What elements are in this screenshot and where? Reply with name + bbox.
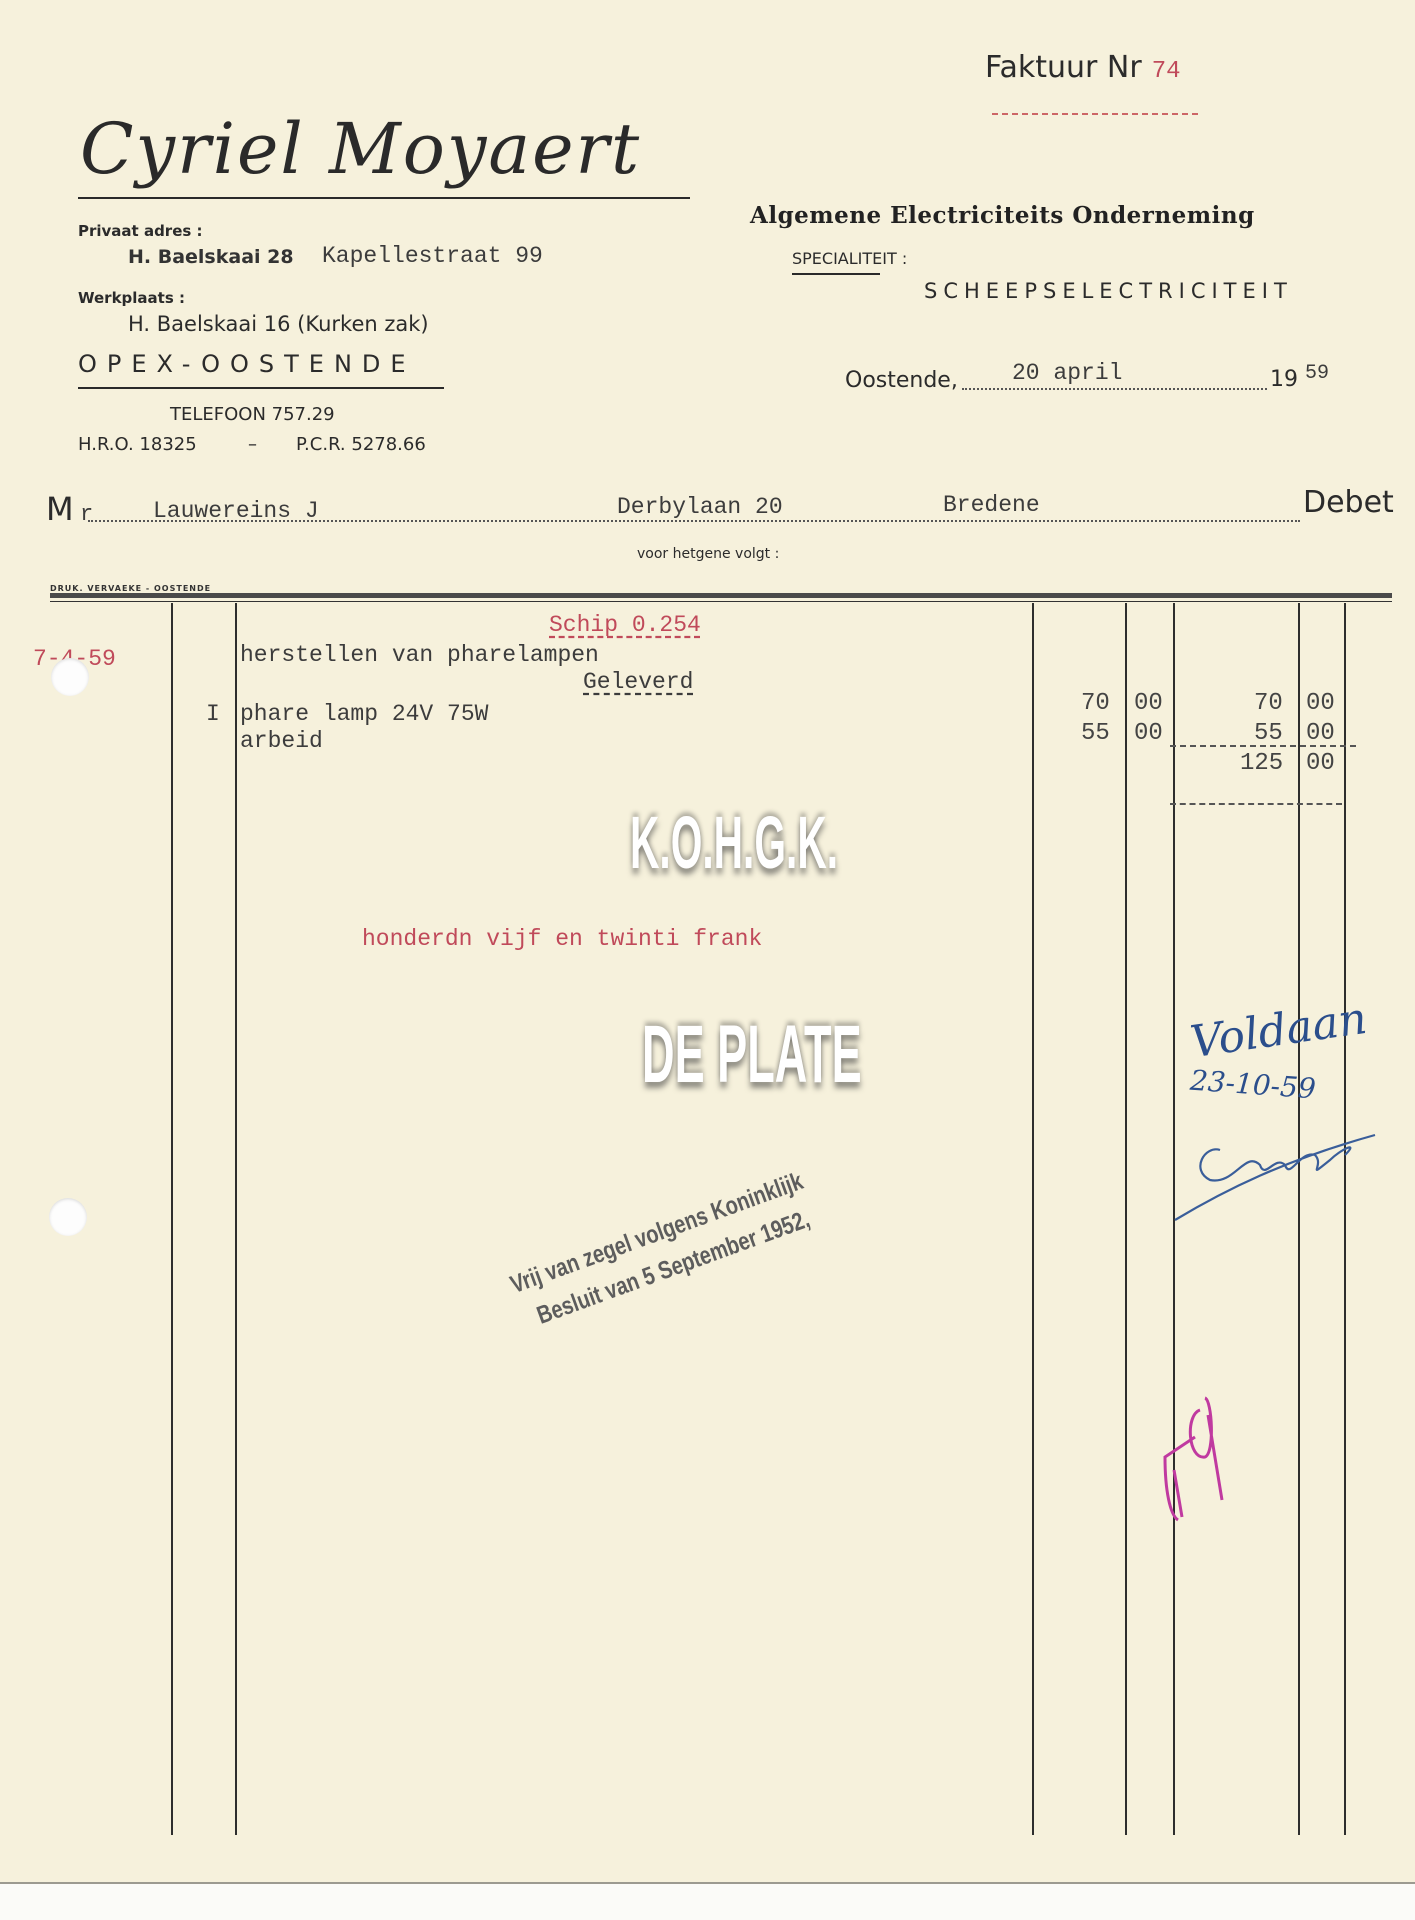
handwritten-mark-icon xyxy=(1160,1395,1230,1525)
invoice-date: 20 april xyxy=(1012,360,1122,386)
row-1-unit-cents: 00 xyxy=(1134,690,1163,717)
ship-reference: Schip 0.254 xyxy=(549,612,701,638)
invoice-label: Faktuur Nr xyxy=(985,50,1142,85)
specialty-underline xyxy=(792,273,880,275)
separator-dash: – xyxy=(248,434,257,455)
column-line-unit-francs xyxy=(1125,603,1127,1835)
for-following-label: voor hetgene volgt : xyxy=(637,546,779,562)
telephone: TELEFOON 757.29 xyxy=(170,404,335,425)
signature-icon xyxy=(1165,1110,1390,1230)
row-2-total-francs: 55 xyxy=(1254,720,1283,747)
column-line-description xyxy=(1032,603,1034,1835)
row-1-qty: I xyxy=(206,701,220,727)
total-francs: 125 xyxy=(1240,750,1283,777)
company-name-underline xyxy=(78,197,690,199)
row-1-total-francs: 70 xyxy=(1254,690,1283,717)
row-1-total-cents: 00 xyxy=(1306,690,1335,717)
subtotal-rule xyxy=(1170,745,1356,747)
private-address-label: Privaat adres : xyxy=(78,222,203,240)
specialty-label: SPECIALITEIT : xyxy=(792,249,907,268)
row-2-item: arbeid xyxy=(240,728,323,754)
row-1-item: phare lamp 24V 75W xyxy=(240,701,488,727)
year-prefix: 19 xyxy=(1270,367,1298,392)
customer-name: Lauwereins J xyxy=(153,498,319,524)
printer-credit: DRUK. VERVAEKE - OOSTENDE xyxy=(50,584,211,593)
workshop-label: Werkplaats : xyxy=(78,289,185,307)
private-address-printed: H. Baelskaai 28 xyxy=(128,246,294,268)
column-line-qty xyxy=(235,603,237,1835)
stamp-tax-exempt: Vrij van zegel volgens Koninklijk Beslui… xyxy=(505,1162,821,1339)
total-rule xyxy=(1170,803,1342,805)
invoice-number: 74 xyxy=(1152,58,1181,85)
customer-street: Derbylaan 20 xyxy=(617,494,783,520)
customer-city: Bredene xyxy=(943,492,1040,518)
invoice-number-block: Faktuur Nr74 xyxy=(985,50,1181,85)
salutation: M xyxy=(46,490,74,528)
punch-hole-top xyxy=(51,658,89,696)
handwritten-paid-note: Voldaan xyxy=(1187,993,1370,1068)
salutation-sub: r xyxy=(80,502,93,527)
amount-in-words: honderdn vijf en twinti frank xyxy=(362,926,762,952)
total-cents: 00 xyxy=(1306,750,1335,777)
table-top-rule-thin xyxy=(50,601,1392,602)
invoice-number-underline xyxy=(992,113,1198,115)
year-suffix: 59 xyxy=(1305,362,1329,385)
job-description: herstellen van pharelampen xyxy=(240,642,599,668)
debet-label: Debet xyxy=(1303,485,1394,520)
specialty: SCHEEPSELECTRICITEIT xyxy=(924,279,1293,303)
watermark-de-plate: DE PLATE xyxy=(642,1008,862,1102)
table-top-rule xyxy=(50,593,1392,598)
row-2-total-cents: 00 xyxy=(1306,720,1335,747)
city-line: OPEX-OOSTENDE xyxy=(78,350,416,378)
company-name: Cyriel Moyaert xyxy=(80,108,641,190)
city-underline xyxy=(78,387,444,389)
hro-number: H.R.O. 18325 xyxy=(78,434,197,455)
pcr-number: P.C.R. 5278.66 xyxy=(296,434,426,455)
row-2-unit-cents: 00 xyxy=(1134,720,1163,747)
column-line-date xyxy=(171,603,173,1835)
watermark-kohgk: K.O.H.G.K. xyxy=(630,800,838,885)
invoice-paper: Cyriel Moyaert Privaat adres : H. Baelsk… xyxy=(0,0,1415,1884)
row-2-unit-francs: 55 xyxy=(1081,720,1110,747)
punch-hole-bottom xyxy=(49,1198,87,1236)
private-address-typed: Kapellestraat 99 xyxy=(322,243,543,269)
place-label: Oostende, xyxy=(845,368,958,393)
workshop-address: H. Baelskaai 16 (Kurken zak) xyxy=(128,312,429,336)
delivered-label: Geleverd xyxy=(583,669,693,695)
date-dotted-line xyxy=(962,388,1267,390)
business-type: Algemene Electriciteits Onderneming xyxy=(750,202,1255,229)
row-1-unit-francs: 70 xyxy=(1081,690,1110,717)
